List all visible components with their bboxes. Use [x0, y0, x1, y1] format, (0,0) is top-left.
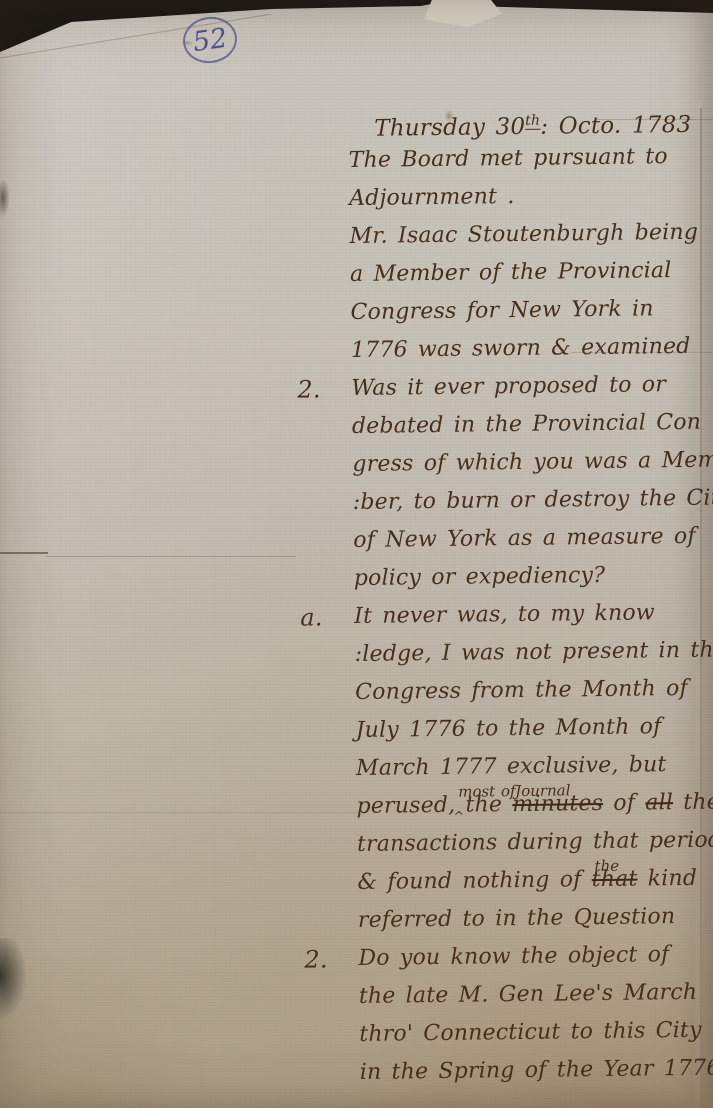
archive-page-number-text: 52: [191, 22, 229, 57]
manuscript-line: in the Spring of the Year 1776.: [360, 1050, 713, 1092]
struck-word: all: [645, 790, 673, 815]
manuscript-photo: 52 Thursday 30th: Octo. 1783 The Board m…: [0, 0, 713, 1108]
manuscript-line: Congress from the Month of: [355, 670, 709, 712]
manuscript-line: 2.Was it ever proposed to or: [351, 366, 705, 408]
manuscript-line: :ber, to burn or destroy the City: [353, 480, 707, 522]
question-marker: 2.: [304, 940, 348, 979]
manuscript-line: 2.Do you know the object of: [358, 936, 712, 978]
manuscript-line: Mr. Isaac Stoutenburgh being: [349, 214, 703, 256]
answer-marker: a.: [300, 598, 344, 637]
manuscript-line: debated in the Provincial Con: [352, 404, 706, 446]
manuscript-line: transactions during that period: [357, 822, 711, 864]
manuscript-line: the late M. Gen Lee's March: [359, 974, 713, 1016]
manuscript-line: policy or expediency?: [354, 556, 708, 598]
edited-word: their: [673, 789, 713, 815]
date-text: Thursday 30: [374, 114, 525, 142]
date-ordinal-superscript: th: [525, 113, 540, 130]
ink-smudge: [0, 178, 10, 218]
edited-word: of: [603, 790, 645, 816]
manuscript-line: 1776 was sworn & examined: [351, 328, 705, 370]
manuscript-line: thro' Connecticut to this City: [359, 1012, 713, 1054]
manuscript-line: a Member of the Provincial: [350, 252, 704, 294]
manuscript-line: July 1776 to the Month of: [355, 708, 709, 750]
manuscript-line-with-edits: & found nothing of thethat kind: [357, 860, 711, 902]
manuscript-line: Congress for New York in: [350, 290, 704, 332]
question-marker: 2.: [297, 370, 341, 409]
date-text: : Octo. 1783: [540, 112, 691, 140]
manuscript-line: Adjournment .: [349, 176, 703, 218]
ink-smudge: [0, 938, 28, 1022]
manuscript-line: gress of which you was a Mem: [352, 442, 706, 484]
edited-word: & found nothing of: [357, 867, 592, 895]
manuscript-line: a.It never was, to my know: [354, 594, 708, 636]
question-text: Do you know the object of: [358, 942, 669, 971]
edited-word: perused,: [356, 793, 455, 819]
answer-text: It never was, to my know: [354, 600, 655, 629]
manuscript-line: :ledge, I was not present in the: [354, 632, 708, 674]
manuscript-line: The Board met pursuant to: [348, 138, 702, 180]
question-text: Was it ever proposed to or: [351, 372, 666, 401]
manuscript-line-with-edits: perused,^most of the Journalminutes of a…: [356, 784, 710, 826]
manuscript-line: referred to in the Question: [358, 898, 712, 940]
edited-word: kind: [637, 866, 697, 892]
date-heading: Thursday 30th: Octo. 1783: [348, 100, 702, 142]
manuscript-line: of New York as a measure of: [353, 518, 707, 560]
handwritten-text-column: Thursday 30th: Octo. 1783 The Board met …: [348, 100, 713, 1092]
